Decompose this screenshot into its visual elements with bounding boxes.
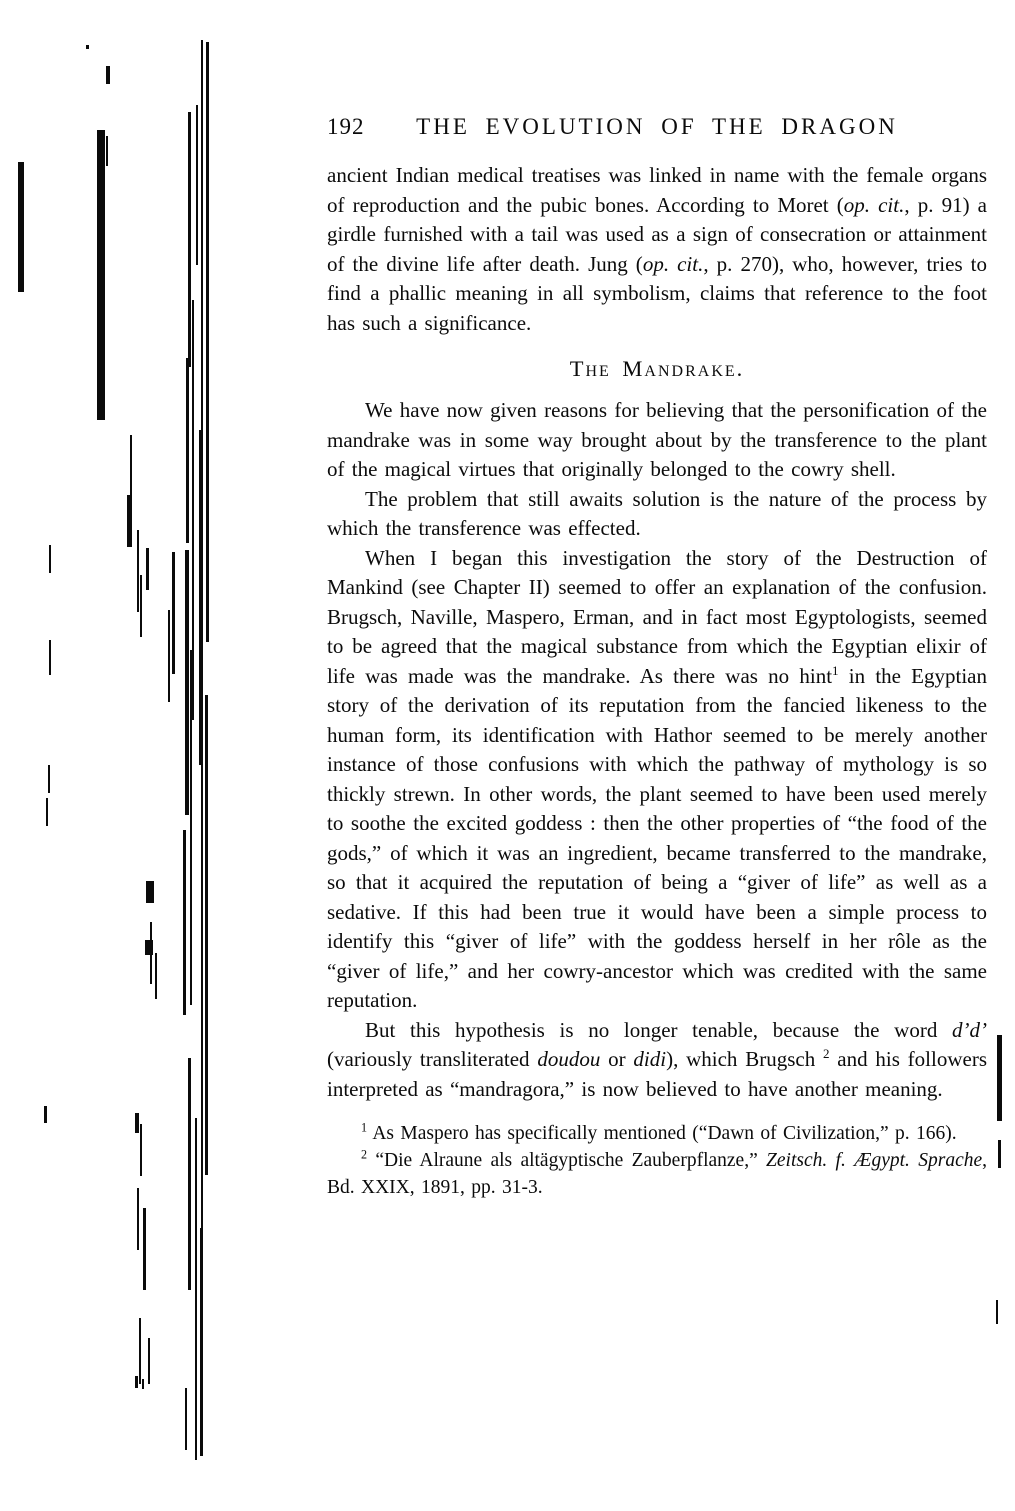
paragraph-but-this-hypothesis: But this hypothesis is no longer tenable… [327,1016,987,1105]
footnotes: 1 As Maspero has specifically mentioned … [327,1120,987,1201]
scan-artifact-line [140,1124,142,1176]
scan-artifact-line [185,550,189,815]
scan-artifact-line [18,162,24,292]
scan-artifact-line [192,300,194,720]
scan-artifact-line [997,1035,1002,1121]
scan-artifact-line [190,650,192,1005]
scan-artifact-line [168,610,170,702]
scan-artifact-line [86,45,89,49]
scan-artifact-line [46,798,48,826]
scan-artifact-line [139,1318,141,1384]
text-column: 192 THE EVOLUTION OF THE DRAGON ancient … [327,112,987,1201]
scan-artifact-line [143,1208,146,1290]
scan-artifact-line [44,1106,47,1123]
scan-artifact-line [137,530,139,612]
paragraph-when-i-began: When I began this investigation the stor… [327,544,987,1016]
scan-artifact-line [186,358,189,543]
scan-artifact-line [135,1376,138,1388]
paragraph-we-have-now: We have now given reasons for believing … [327,396,987,485]
book-page: 192 THE EVOLUTION OF THE DRAGON ancient … [0,0,1015,1511]
scan-artifact-line [183,830,186,1015]
scan-artifact-line [155,953,157,999]
scan-artifact-line [145,940,153,955]
scan-artifact-line [199,430,201,765]
scan-artifact-line [172,552,175,674]
scan-artifact-line [196,105,198,265]
scan-artifact-line [140,575,142,637]
scan-artifact-line [142,1379,144,1389]
scan-artifact-line [106,136,108,166]
scan-artifact-line [135,1113,139,1133]
scan-artifact-line [998,1140,1001,1168]
scan-artifact-line [49,545,51,573]
running-title: THE EVOLUTION OF THE DRAGON [327,112,987,142]
section-heading: The Mandrake. [327,354,987,384]
scan-artifact-line [148,1338,150,1384]
scan-artifact-line [97,130,105,420]
footnote-2: 2 “Die Alraune als altägyptische Zauberp… [327,1147,987,1201]
scan-artifact-line [130,435,132,495]
scan-artifact-line [146,881,154,903]
footnote-1: 1 As Maspero has specifically mentioned … [327,1120,987,1147]
scan-artifact-line [996,1300,998,1324]
scan-artifact-line [188,1058,191,1290]
scan-artifact-line [49,640,51,675]
scan-artifact-line [127,495,132,547]
page-number: 192 [327,112,365,142]
scan-artifact-line [206,42,209,642]
scan-artifact-line [146,548,149,590]
scan-artifact-line [48,765,50,793]
scan-artifact-line [205,695,208,1175]
scan-artifact-line [106,66,110,84]
scan-artifact-line [200,1228,203,1456]
scan-artifact-line [185,1388,187,1450]
page-header: 192 THE EVOLUTION OF THE DRAGON [327,112,987,142]
scan-artifact-line [137,1188,139,1250]
scan-artifact-line [188,112,191,367]
scan-artifact-line [195,1118,197,1460]
opening-paragraph: ancient Indian medical treatises was lin… [327,161,987,338]
paragraph-the-problem: The problem that still awaits solution i… [327,485,987,544]
